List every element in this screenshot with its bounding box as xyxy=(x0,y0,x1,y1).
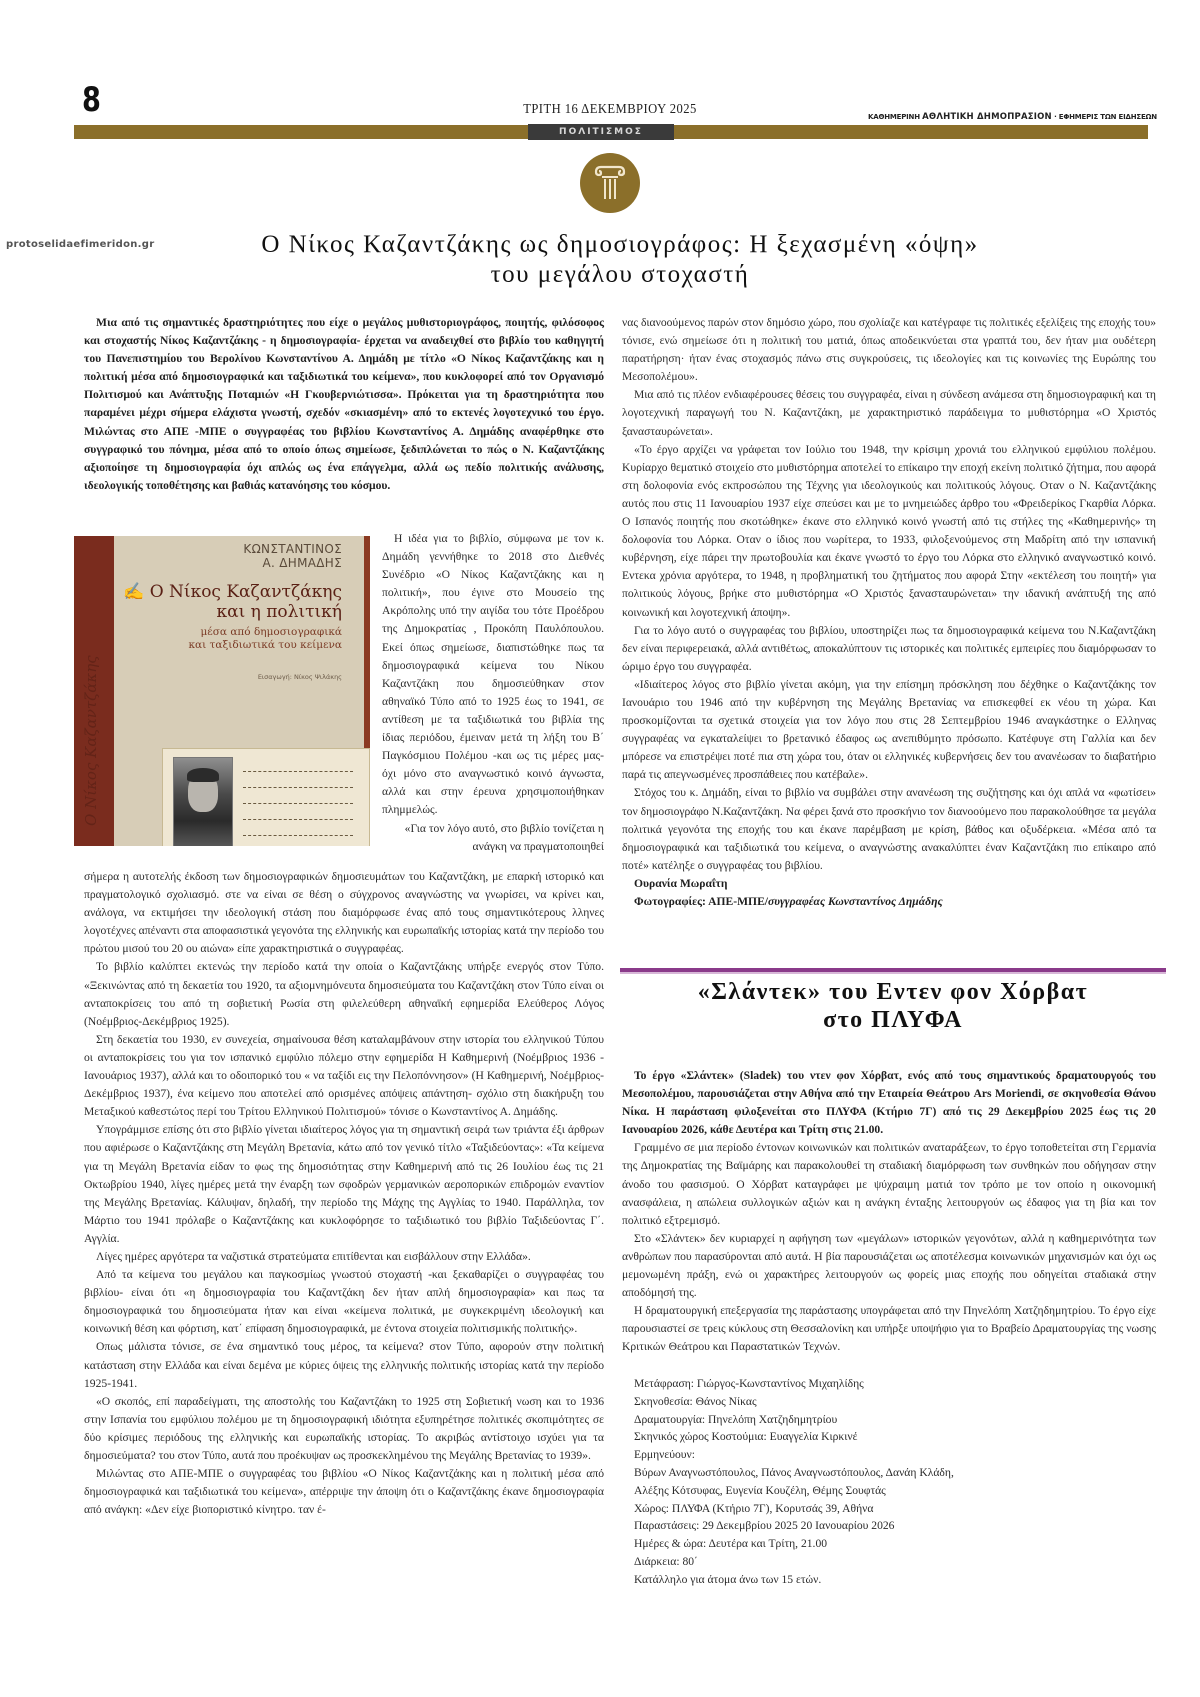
article-headline: Ο Νίκος Καζαντζάκης ως δημοσιογράφος: Η … xyxy=(170,230,1070,290)
photo-credit-value: συγγραφέας Κωνσταντίνος Δημάδης xyxy=(768,895,943,908)
masthead-suffix: · ΕΦΗΜΕΡΙΣ ΤΩΝ ΕΙΔΗΣΕΩΝ xyxy=(1054,113,1157,121)
headline-line-1: «Σλάντεκ» του Εντεν φον Χόρβατ xyxy=(620,978,1166,1006)
production-credits: Μετάφραση: Γιώργος-Κωνσταντίνος Μιχαηλίδ… xyxy=(634,1375,1154,1589)
cover-spine-text: Ο Νίκος Καζαντζάκης xyxy=(82,626,106,826)
paragraph: σήμερα η αυτοτελής έκδοση των δημοσιογρα… xyxy=(84,868,604,958)
article2-body: Το έργο «Σλάντεκ» (Sladek) του ντεν φον … xyxy=(622,1067,1156,1357)
paragraph: Στο «Σλάντεκ» δεν κυριαρχεί η αφήγηση τω… xyxy=(622,1230,1156,1302)
paragraph: Το βιβλίο καλύπτει εκτενώς την περίοδο κ… xyxy=(84,958,604,1030)
paragraph: Μιλώντας στο ΑΠΕ-ΜΠΕ ο συγγραφέας του βι… xyxy=(84,1465,604,1519)
photo-credit-label: Φωτογραφίες: ΑΠΕ-ΜΠΕ/ xyxy=(634,895,768,908)
paragraph: «Για τον λόγο αυτό, στο βιβλίο τονίζεται… xyxy=(382,820,604,856)
paragraph: Λίγες ημέρες αργότερα τα ναζιστικά στρατ… xyxy=(84,1248,604,1266)
section-label: ΠΟΛΙΤΙΣΜΟΣ xyxy=(528,124,674,140)
article-column-beside-image: Η ιδέα για το βιβλίο, σύμφωνα με τον κ. … xyxy=(382,530,604,856)
paragraph: Μια από τις πλέον ενδιαφέρουσες θέσεις τ… xyxy=(622,386,1156,440)
ionic-column-icon xyxy=(580,153,640,213)
pen-icon: ✍ xyxy=(123,582,150,602)
article2-lead: Το έργο «Σλάντεκ» (Sladek) του ντεν φον … xyxy=(622,1067,1156,1139)
paragraph: Γραμμένο σε μια περίοδο έντονων κοινωνικ… xyxy=(622,1139,1156,1229)
cover-author-line-1: ΚΩΝΣΤΑΝΤΙΝΟΣ xyxy=(243,542,342,556)
dateline: ΤΡΙΤΗ 16 ΔΕΚΕΜΒΡΙΟΥ 2025 xyxy=(484,102,736,118)
paragraph: νας διανοούμενος παρών στον δημόσιο χώρο… xyxy=(622,314,1156,386)
credit-line: Κατάλληλο για άτομα άνω των 15 ετών. xyxy=(634,1571,1154,1589)
article-lead: Μια από τις σημαντικές δραστηριότητες πο… xyxy=(84,314,604,495)
credit-line: Παραστάσεις: 29 Δεκεμβρίου 2025 20 Ιανου… xyxy=(634,1517,1154,1535)
article-column-right: νας διανοούμενος παρών στον δημόσιο χώρο… xyxy=(622,314,1156,911)
photo-credit: Φωτογραφίες: ΑΠΕ-ΜΠΕ/συγγραφέας Κωνσταντ… xyxy=(622,893,1156,911)
credit-line: Ημέρες & ώρα: Δευτέρα και Τρίτη, 21.00 xyxy=(634,1535,1154,1553)
handwriting-line xyxy=(243,819,353,820)
article-separator xyxy=(620,968,1166,974)
cover-document-photo xyxy=(162,748,370,846)
paragraph: Για το λόγο αυτό ο συγγραφέας του βιβλίο… xyxy=(622,622,1156,676)
paragraph: Η δραματουργική επεξεργασία της παράστασ… xyxy=(622,1302,1156,1356)
credit-line: Ερμηνεύουν: xyxy=(634,1446,1154,1464)
handwriting-line xyxy=(243,787,353,788)
credit-line: Μετάφραση: Γιώργος-Κωνσταντίνος Μιχαηλίδ… xyxy=(634,1375,1154,1393)
credit-line: Δραματουργία: Πηνελόπη Χατζηδημητρίου xyxy=(634,1411,1154,1429)
masthead-prefix: ΚΑΘΗΜΕΡΙΝΗ xyxy=(868,113,920,121)
credit-line: Σκηνικός χώρος Κοστούμια: Ευαγγελία Κιρκ… xyxy=(634,1428,1154,1446)
handwriting-line xyxy=(243,835,353,836)
cover-title: ✍ Ο Νίκος Καζαντζάκης και η πολιτική xyxy=(123,582,342,622)
headline-line-2: στο ΠΛΥΦΑ xyxy=(620,1006,1166,1034)
cover-author-line-2: Α. ΔΗΜΑΔΗΣ xyxy=(243,556,342,570)
paragraph: «Ο σκοπός, επί παραδείγματι, της αποστολ… xyxy=(84,1393,604,1465)
cover-subtitle-line-2: και ταξιδιωτικά του κείμενα xyxy=(188,639,342,652)
cover-title-line-1: Ο Νίκος Καζαντζάκης xyxy=(150,582,342,602)
cover-subtitle-line-1: μέσα από δημοσιογραφικά xyxy=(188,626,342,639)
paragraph: Η ιδέα για το βιβλίο, σύμφωνα με τον κ. … xyxy=(382,530,604,820)
paragraph: «Ιδιαίτερος λόγος στο βιβλίο γίνεται ακό… xyxy=(622,676,1156,785)
headline-line-1: Ο Νίκος Καζαντζάκης ως δημοσιογράφος: Η … xyxy=(170,230,1070,260)
book-cover-image: Ο Νίκος Καζαντζάκης ΚΩΝΣΤΑΝΤΙΝΟΣ Α. ΔΗΜΑ… xyxy=(74,536,370,846)
site-watermark: protoselidaefimeridon.gr xyxy=(6,239,154,250)
cover-title-line-2: και η πολιτική xyxy=(123,602,342,622)
author-byline: Ουρανία Μωραΐτη xyxy=(622,875,1156,893)
paragraph: Οπως μάλιστα τόνισε, σε ένα σημαντικό το… xyxy=(84,1338,604,1392)
paragraph: Στη δεκαετία του 1930, εν συνεχεία, σημα… xyxy=(84,1031,604,1121)
portrait-hair xyxy=(187,768,219,782)
credit-line: Χώρος: ΠΛΥΦΑ (Κτήριο 7Γ), Κορυτσάς 39, Α… xyxy=(634,1500,1154,1518)
handwriting-line xyxy=(243,771,353,772)
paragraph: Στόχος του κ. Δημάδη, είναι το βιβλίο να… xyxy=(622,784,1156,874)
credit-line: Αλέξης Κότσυφας, Ευγενία Κουζέλη, Θέμης … xyxy=(634,1482,1154,1500)
paragraph: Από τα κείμενα του μεγάλου και παγκοσμίω… xyxy=(84,1266,604,1338)
page-number: 8 xyxy=(82,80,100,120)
masthead-brand: ΑΘΛΗΤΙΚΗ ΔΗΜΟΠΡΑΣΙΟΝ xyxy=(922,112,1052,122)
cover-intro: Εισαγωγή: Νίκος Ψιλάκης xyxy=(258,673,342,681)
handwriting-line xyxy=(243,803,353,804)
masthead: ΚΑΘΗΜΕΡΙΝΗ ΑΘΛΗΤΙΚΗ ΔΗΜΟΠΡΑΣΙΟΝ · ΕΦΗΜΕΡ… xyxy=(868,112,1158,122)
credit-line: Διάρκεια: 80΄ xyxy=(634,1553,1154,1571)
paragraph: Υπογράμμισε επίσης ότι στο βιβλίο γίνετα… xyxy=(84,1121,604,1248)
credit-line: Βύρων Αναγνωστόπουλος, Πάνος Αναγνωστόπο… xyxy=(634,1464,1154,1482)
article-column-left: σήμερα η αυτοτελής έκδοση των δημοσιογρα… xyxy=(84,868,604,1519)
credit-line: Σκηνοθεσία: Θάνος Νίκας xyxy=(634,1393,1154,1411)
portrait-photo xyxy=(173,757,233,846)
headline-line-2: του μεγάλου στοχαστή xyxy=(170,260,1070,290)
paragraph: «Το έργο αρχίζει να γράφεται τον Ιούλιο … xyxy=(622,441,1156,622)
cover-subtitle: μέσα από δημοσιογραφικά και ταξιδιωτικά … xyxy=(188,626,342,652)
article2-headline: «Σλάντεκ» του Εντεν φον Χόρβατ στο ΠΛΥΦΑ xyxy=(620,978,1166,1034)
cover-author: ΚΩΝΣΤΑΝΤΙΝΟΣ Α. ΔΗΜΑΔΗΣ xyxy=(243,542,342,570)
